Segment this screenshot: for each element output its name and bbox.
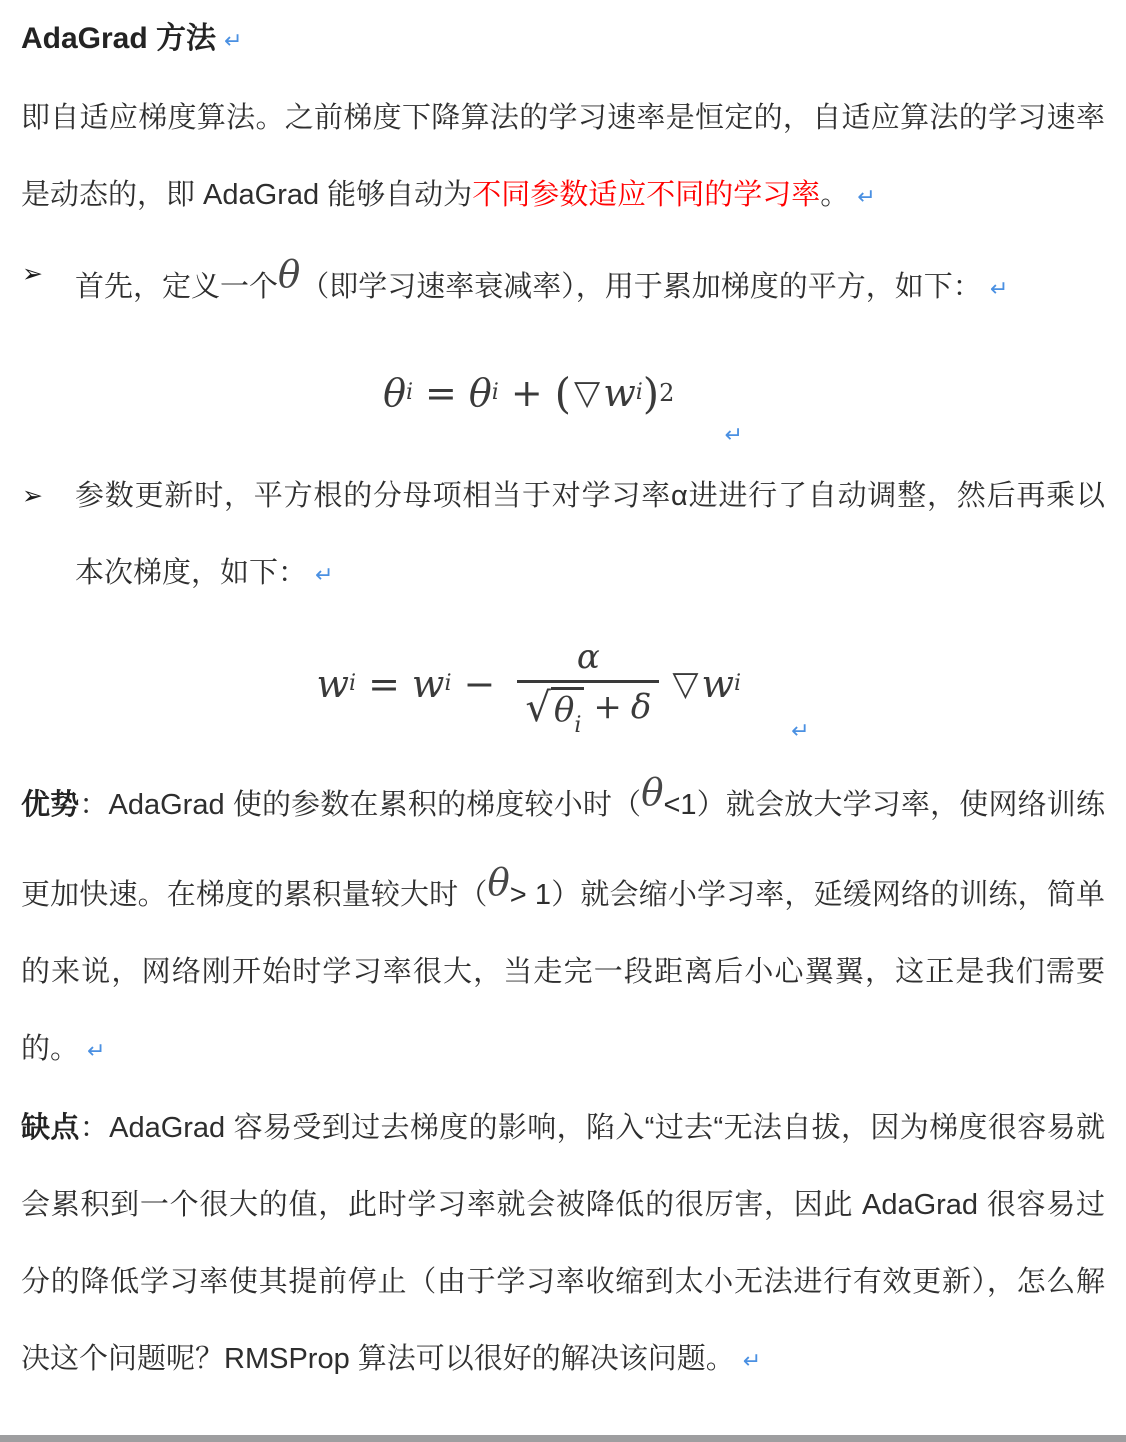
inline-theta-symbol: θ bbox=[487, 861, 509, 904]
fraction: α √θi +δ bbox=[517, 638, 659, 729]
paragraph-mark-icon: ↵ bbox=[982, 277, 1008, 302]
highlighted-text: 不同参数适应不同的学习率 bbox=[472, 179, 820, 211]
theta-symbol: θ bbox=[383, 371, 406, 415]
w-symbol: w bbox=[316, 662, 349, 706]
paragraph-mark-icon: ↵ bbox=[216, 29, 242, 54]
denominator: √θi +δ bbox=[517, 680, 659, 730]
alpha-symbol: α bbox=[577, 638, 600, 679]
plus-sign: + bbox=[499, 371, 555, 415]
sqrt-symbol: √ bbox=[525, 687, 551, 729]
inline-theta-symbol: θ bbox=[278, 253, 300, 296]
left-paren: ( bbox=[555, 369, 571, 418]
theta-symbol: θ bbox=[554, 690, 574, 730]
text-run: 首先，定义一个 bbox=[75, 271, 278, 303]
text-run: 参数更新时，平方根的分母项相当于对学习率α进进行了自动调整，然后再乘以本次梯度，… bbox=[75, 480, 1105, 589]
bold-lead-in: AdaGrad 方法 bbox=[21, 22, 216, 55]
advantages-paragraph: 优势：AdaGrad 使的参数在累积的梯度较小时（θ<1）就会放大学习率，使网络… bbox=[21, 754, 1105, 1090]
w-symbol: w bbox=[702, 662, 735, 706]
radicand: θi bbox=[551, 687, 585, 730]
equation-image: wi = wi − α √θi +δ ▽ wi bbox=[316, 638, 741, 729]
bullet-text: 参数更新时，平方根的分母项相当于对学习率α进进行了自动调整，然后再乘以本次梯度，… bbox=[75, 480, 1105, 589]
right-paren: ) bbox=[643, 369, 659, 418]
subscript: i bbox=[574, 713, 581, 738]
intro-paragraph: 即自适应梯度算法。之前梯度下降算法的学习速率是恒定的，自适应算法的学习速率是动态… bbox=[21, 80, 1105, 236]
bullet-item-define-theta: ➢ 首先，定义一个θ（即学习速率衰减率），用于累加梯度的平方，如下：↵ bbox=[21, 236, 1105, 328]
equation-image: θi = θi + (▽wi)2 bbox=[383, 369, 674, 418]
paragraph-mark-icon: ↵ bbox=[79, 1039, 105, 1064]
text-run: ：AdaGrad 使的参数在累积的梯度较小时（ bbox=[79, 789, 641, 821]
inline-theta-symbol: θ bbox=[641, 771, 663, 814]
w-symbol: w bbox=[412, 662, 445, 706]
disadvantages-paragraph: 缺点：AdaGrad 容易受到过去梯度的影响，陷入“过去“无法自拔，因为梯度很容… bbox=[21, 1090, 1105, 1400]
document-title: AdaGrad 方法↵ bbox=[21, 0, 1105, 80]
bullet-arrow-icon: ➢ bbox=[22, 236, 43, 313]
paragraph-mark-icon: ↵ bbox=[849, 185, 875, 210]
text-run: ：AdaGrad 容易受到过去梯度的影响，陷入“过去“无法自拔，因为梯度很容易就… bbox=[21, 1112, 1105, 1375]
formula-weight-update: wi = wi − α √θi +δ ▽ wi ↵ bbox=[21, 614, 1105, 754]
nabla-symbol: ▽ bbox=[571, 373, 603, 413]
text-run: （即学习速率衰减率），用于累加梯度的平方，如下： bbox=[300, 271, 982, 303]
paragraph-mark-icon: ↵ bbox=[307, 563, 333, 588]
bold-lead-in: 优势 bbox=[21, 789, 79, 821]
delta-symbol: δ bbox=[631, 687, 651, 727]
bullet-item-update-rule: ➢ 参数更新时，平方根的分母项相当于对学习率α进进行了自动调整，然后再乘以本次梯… bbox=[21, 458, 1105, 614]
text-run: 。 bbox=[820, 179, 849, 211]
bullet-arrow-icon: ➢ bbox=[22, 458, 43, 535]
equals-sign: = bbox=[413, 371, 469, 415]
theta-symbol: θ bbox=[469, 371, 492, 415]
bold-lead-in: 缺点 bbox=[21, 1112, 80, 1144]
bullet-text: 首先，定义一个θ（即学习速率衰减率），用于累加梯度的平方，如下：↵ bbox=[75, 271, 1008, 303]
formula-theta-accumulation: θi = θi + (▽wi)2 ↵ bbox=[21, 328, 1105, 458]
paragraph-mark-icon: ↵ bbox=[783, 719, 809, 744]
paragraph-mark-icon: ↵ bbox=[716, 423, 742, 448]
minus-sign: − bbox=[451, 662, 507, 706]
nabla-symbol: ▽ bbox=[669, 664, 701, 704]
w-symbol: w bbox=[603, 371, 636, 415]
window-bottom-border bbox=[0, 1435, 1126, 1442]
paragraph-mark-icon: ↵ bbox=[735, 1349, 761, 1374]
plus-sign: + bbox=[584, 687, 631, 727]
document-page: AdaGrad 方法↵ 即自适应梯度算法。之前梯度下降算法的学习速率是恒定的，自… bbox=[0, 0, 1126, 1400]
equals-sign: = bbox=[356, 662, 412, 706]
